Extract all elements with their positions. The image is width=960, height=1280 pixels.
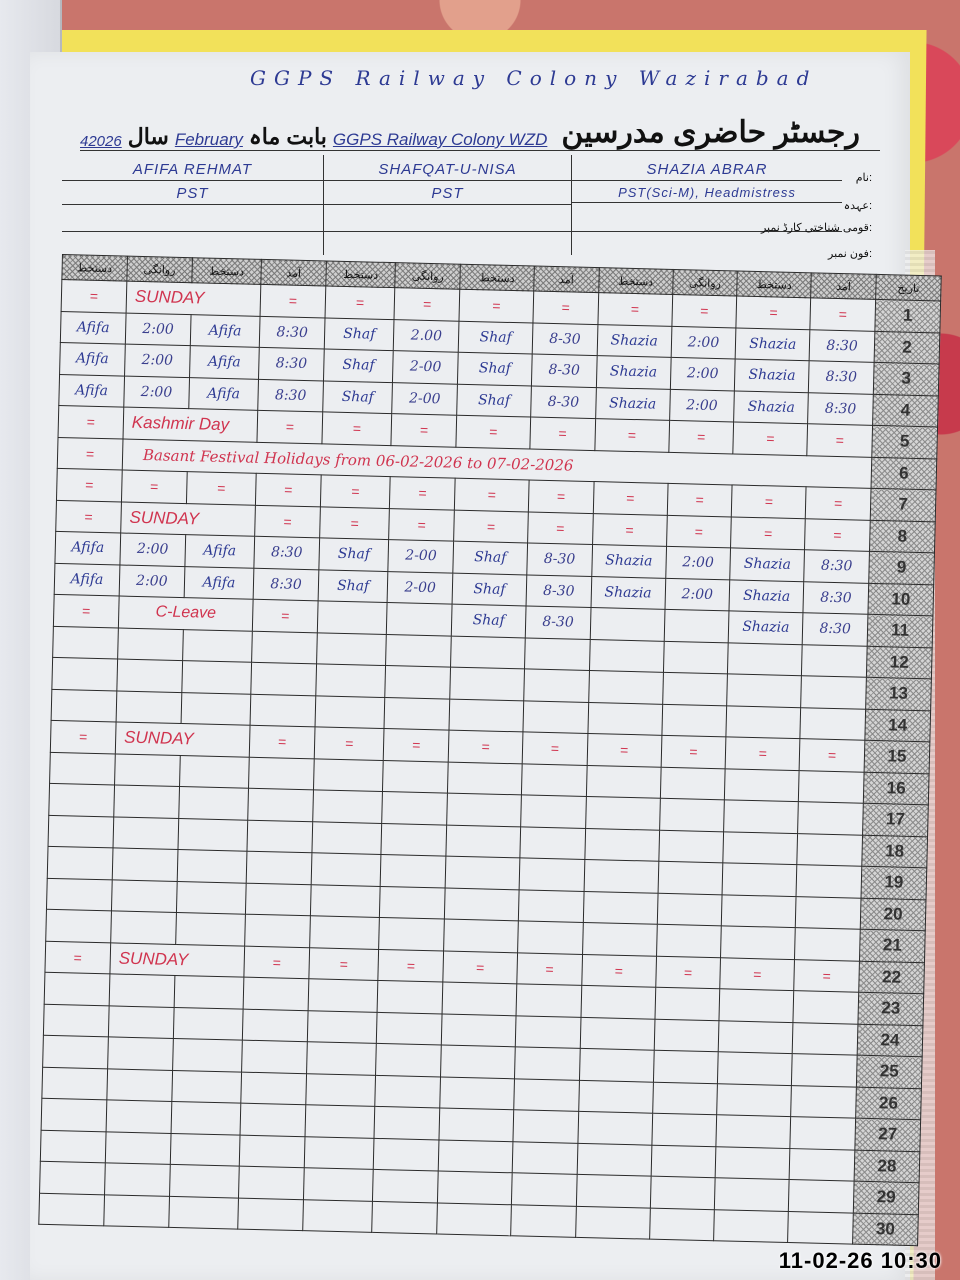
empty-cell xyxy=(117,659,183,692)
ditto-mark: = xyxy=(533,291,599,324)
date-cell: 16 xyxy=(863,772,929,805)
ditto-mark: = xyxy=(582,954,656,987)
empty-cell xyxy=(249,757,315,790)
empty-cell xyxy=(178,818,248,851)
ditto-mark: = xyxy=(53,594,119,627)
phone-label: فون نمبر: xyxy=(828,247,872,260)
signature-cell: Shazia xyxy=(597,324,671,357)
empty-cell xyxy=(718,1052,792,1085)
ditto-mark: = xyxy=(121,470,187,503)
ditto-mark: = xyxy=(593,482,667,515)
empty-cell xyxy=(113,816,179,849)
empty-cell xyxy=(381,823,447,856)
ditto-mark: = xyxy=(517,952,583,985)
time-cell: 8:30 xyxy=(259,316,325,349)
empty-cell xyxy=(655,987,721,1020)
date-cell: 24 xyxy=(857,1024,923,1057)
empty-cell xyxy=(384,697,450,730)
empty-cell xyxy=(451,636,525,669)
signature-cell: Shazia xyxy=(595,387,669,420)
empty-cell xyxy=(520,826,586,859)
empty-cell xyxy=(521,763,587,796)
empty-cell xyxy=(657,893,723,926)
signature-cell: Shazia xyxy=(730,548,804,581)
ditto-mark: = xyxy=(807,424,873,457)
empty-cell xyxy=(174,975,244,1008)
signature-cell xyxy=(317,601,387,634)
signature-cell: Afifa xyxy=(184,566,254,599)
signature-cell: Shaf xyxy=(457,384,531,417)
time-cell: 2:00 xyxy=(669,389,735,422)
ditto-mark: = xyxy=(595,419,669,452)
ditto-mark: = xyxy=(58,405,124,438)
empty-cell xyxy=(108,1005,174,1038)
time-cell xyxy=(387,603,453,636)
empty-cell xyxy=(313,790,383,823)
register-title: رجسٹر حاضری مدرسین xyxy=(561,115,860,150)
ditto-mark: = xyxy=(668,420,734,453)
empty-cell xyxy=(519,858,585,891)
ditto-mark: = xyxy=(528,511,594,544)
ditto-mark: = xyxy=(378,949,444,982)
empty-cell xyxy=(789,1148,855,1181)
ditto-mark: = xyxy=(592,513,666,546)
empty-cell xyxy=(372,1201,438,1234)
time-cell: 8-30 xyxy=(525,606,591,639)
empty-cell xyxy=(440,1076,514,1109)
empty-cell xyxy=(580,1017,654,1050)
empty-cell xyxy=(524,669,590,702)
date-cell: 2 xyxy=(874,331,940,364)
ditto-mark: = xyxy=(384,729,450,762)
ditto-mark: = xyxy=(391,414,457,447)
empty-cell xyxy=(44,972,110,1005)
ditto-mark: = xyxy=(56,500,122,533)
ditto-mark: = xyxy=(256,473,322,506)
ditto-mark: = xyxy=(530,417,596,450)
empty-cell xyxy=(442,982,516,1015)
ditto-mark: = xyxy=(390,477,456,510)
empty-cell xyxy=(721,926,795,959)
empty-cell xyxy=(798,802,864,835)
date-cell: 28 xyxy=(854,1150,920,1183)
empty-cell xyxy=(438,1171,512,1204)
empty-cell xyxy=(311,853,381,886)
signature-cell: Shaf xyxy=(458,321,532,354)
time-cell: 8-30 xyxy=(531,354,597,387)
ditto-mark: = xyxy=(667,483,733,516)
date-cell: 12 xyxy=(866,646,932,679)
empty-cell xyxy=(447,793,521,826)
empty-cell xyxy=(450,667,524,700)
teacher-designation: PST xyxy=(324,185,571,205)
empty-cell xyxy=(173,1007,243,1040)
empty-cell xyxy=(514,1047,580,1080)
cnic-label: قومی شناختی کارڈ نمبر: xyxy=(761,221,872,234)
empty-cell xyxy=(449,699,523,732)
empty-cell xyxy=(179,787,249,820)
empty-cell xyxy=(169,1164,239,1197)
ditto-mark: = xyxy=(799,739,865,772)
date-cell: 19 xyxy=(861,866,927,899)
teacher-name: AFIFA REHMAT xyxy=(62,161,323,181)
time-cell: 8:30 xyxy=(258,379,324,412)
empty-cell xyxy=(245,914,311,947)
time-cell: 8:30 xyxy=(804,550,870,583)
empty-cell xyxy=(247,820,313,853)
date-cell: 30 xyxy=(853,1213,919,1246)
date-cell: 13 xyxy=(866,677,932,710)
empty-cell xyxy=(795,896,861,929)
time-cell: 2:00 xyxy=(671,326,737,359)
empty-cell xyxy=(47,846,113,879)
ditto-mark: = xyxy=(244,946,310,979)
col-signature: دستخط xyxy=(192,258,262,285)
empty-cell xyxy=(589,671,663,704)
empty-cell xyxy=(511,1173,577,1206)
empty-cell xyxy=(659,798,725,831)
signature-cell: Shazia xyxy=(592,545,666,578)
empty-cell xyxy=(577,1143,651,1176)
signature-cell: Shaf xyxy=(452,604,526,637)
empty-cell xyxy=(662,672,728,705)
signature-cell: Shaf xyxy=(318,569,388,602)
empty-cell xyxy=(48,815,114,848)
teacher-designation: PST(Sci-M), Headmistress xyxy=(572,185,842,203)
signature-cell: Afifa xyxy=(60,311,126,344)
empty-cell xyxy=(446,825,520,858)
date-cell: 9 xyxy=(869,551,935,584)
ditto-mark: = xyxy=(805,518,871,551)
ditto-mark: = xyxy=(455,478,529,511)
empty-cell xyxy=(374,1106,440,1139)
month-label: بابت ماہ xyxy=(249,124,327,150)
empty-cell xyxy=(650,1176,716,1209)
empty-cell xyxy=(651,1113,717,1146)
cnic-line xyxy=(62,231,323,232)
empty-cell xyxy=(579,1048,653,1081)
empty-cell xyxy=(791,1085,857,1118)
time-cell: 2:00 xyxy=(665,546,731,579)
time-cell: 2:00 xyxy=(665,578,731,611)
empty-cell xyxy=(303,1199,373,1232)
empty-cell xyxy=(521,795,587,828)
ditto-mark: = xyxy=(454,510,528,543)
date-cell: 10 xyxy=(868,583,934,616)
signature-cell: Shaf xyxy=(319,538,389,571)
ditto-mark: = xyxy=(186,472,256,505)
empty-cell xyxy=(181,692,251,725)
empty-cell xyxy=(46,878,112,911)
ditto-mark: = xyxy=(726,737,800,770)
empty-cell xyxy=(797,833,863,866)
time-cell: 8-30 xyxy=(527,543,593,576)
teacher-info: AFIFA REHMAT PST SHAFQAT-U-NISA PST SHAZ… xyxy=(62,155,872,255)
empty-cell xyxy=(243,977,309,1010)
empty-cell xyxy=(582,922,656,955)
ditto-mark: = xyxy=(736,296,810,329)
col-date: تاریخ xyxy=(876,274,942,301)
teacher-name: SHAFQAT-U-NISA xyxy=(324,161,571,181)
empty-cell xyxy=(252,631,318,664)
empty-cell xyxy=(725,768,799,801)
signature-cell: Shazia xyxy=(729,611,803,644)
ditto-mark: = xyxy=(260,284,326,317)
holiday-note: SUNDAY xyxy=(121,502,256,537)
ditto-mark: = xyxy=(731,516,805,549)
empty-cell xyxy=(307,1042,377,1075)
empty-cell xyxy=(49,783,115,816)
signature-cell: Afifa xyxy=(189,346,259,379)
empty-cell xyxy=(310,884,380,917)
empty-cell xyxy=(444,919,518,952)
empty-cell xyxy=(583,891,657,924)
empty-cell xyxy=(107,1068,173,1101)
signature-cell: Shazia xyxy=(596,356,670,389)
empty-cell xyxy=(792,1054,858,1087)
ditto-mark: = xyxy=(733,422,807,455)
time-cell: 2.00 xyxy=(394,319,460,352)
empty-cell xyxy=(386,634,452,667)
empty-cell xyxy=(380,854,446,887)
ditto-mark: = xyxy=(314,727,384,760)
signature-cell: Shaf xyxy=(323,380,393,413)
signature-cell: Shazia xyxy=(729,579,803,612)
time-cell: 8:30 xyxy=(808,392,874,425)
empty-cell xyxy=(312,821,382,854)
signature-cell: Afifa xyxy=(54,563,120,596)
empty-cell xyxy=(108,1037,174,1070)
ditto-mark: = xyxy=(325,286,395,319)
empty-cell xyxy=(728,642,802,675)
empty-cell xyxy=(585,796,659,829)
holiday-note: SUNDAY xyxy=(110,942,245,977)
empty-cell xyxy=(800,707,866,740)
empty-cell xyxy=(445,856,519,889)
empty-cell xyxy=(576,1174,650,1207)
ditto-mark: = xyxy=(720,957,794,990)
time-cell: 2:00 xyxy=(119,565,185,598)
empty-cell xyxy=(182,661,252,694)
empty-cell xyxy=(179,755,249,788)
empty-cell xyxy=(517,921,583,954)
empty-cell xyxy=(376,1043,442,1076)
empty-cell xyxy=(802,644,868,677)
date-cell: 7 xyxy=(870,488,936,521)
empty-cell xyxy=(660,767,726,800)
empty-cell xyxy=(310,916,380,949)
empty-cell xyxy=(512,1141,578,1174)
empty-cell xyxy=(248,788,314,821)
col-departure: روانگی xyxy=(395,263,460,290)
empty-cell xyxy=(118,627,184,660)
date-cell: 5 xyxy=(872,425,938,458)
empty-cell xyxy=(441,1045,515,1078)
time-cell: 8-30 xyxy=(531,386,597,419)
empty-cell xyxy=(724,800,798,833)
holiday-note: Kashmir Day xyxy=(123,407,258,442)
empty-cell xyxy=(176,881,246,914)
ditto-mark: = xyxy=(598,293,672,326)
empty-cell xyxy=(723,831,797,864)
date-cell: 25 xyxy=(856,1055,922,1088)
time-cell: 2:00 xyxy=(125,313,191,346)
empty-cell xyxy=(250,694,316,727)
year-value: 42026 xyxy=(80,133,122,150)
empty-cell xyxy=(242,1040,308,1073)
empty-cell xyxy=(513,1110,579,1143)
ditto-mark: = xyxy=(322,412,392,445)
signature-cell: Shazia xyxy=(591,576,665,609)
empty-cell xyxy=(651,1145,717,1178)
empty-cell xyxy=(52,657,118,690)
ditto-mark: = xyxy=(249,725,315,758)
empty-cell xyxy=(111,879,177,912)
empty-cell xyxy=(524,637,590,670)
empty-cell xyxy=(170,1133,240,1166)
empty-cell xyxy=(656,924,722,957)
empty-cell xyxy=(50,752,116,785)
empty-cell xyxy=(727,674,801,707)
date-cell: 26 xyxy=(856,1087,922,1120)
col-signature: دستخط xyxy=(460,264,534,291)
empty-cell xyxy=(172,1070,242,1103)
empty-cell xyxy=(439,1108,513,1141)
empty-cell xyxy=(169,1196,239,1229)
empty-cell xyxy=(584,859,658,892)
empty-cell xyxy=(382,791,448,824)
date-cell: 18 xyxy=(862,835,928,868)
designation-label: عہدہ: xyxy=(844,199,872,212)
teacher-designation: PST xyxy=(62,185,323,205)
time-cell: 8:30 xyxy=(808,361,874,394)
ditto-mark: = xyxy=(655,956,721,989)
empty-cell xyxy=(575,1206,649,1239)
ditto-mark: = xyxy=(389,508,455,541)
col-signature: دستخط xyxy=(599,268,673,295)
time-cell xyxy=(664,609,730,642)
empty-cell xyxy=(585,828,659,861)
time-cell: 8:30 xyxy=(809,329,875,362)
signature-cell: Shazia xyxy=(735,359,809,392)
empty-cell xyxy=(109,974,175,1007)
empty-cell xyxy=(375,1075,441,1108)
ditto-mark: = xyxy=(805,487,871,520)
empty-cell xyxy=(719,1020,793,1053)
empty-cell xyxy=(53,626,119,659)
empty-cell xyxy=(106,1100,172,1133)
ditto-mark: = xyxy=(666,515,732,548)
date-cell: 8 xyxy=(870,520,936,553)
signature-cell: Afifa xyxy=(185,535,255,568)
ditto-mark: = xyxy=(528,480,594,513)
ditto-mark: = xyxy=(794,959,860,992)
empty-cell xyxy=(40,1130,106,1163)
ditto-mark: = xyxy=(459,289,533,322)
empty-cell xyxy=(111,911,177,944)
empty-cell xyxy=(315,695,385,728)
ditto-mark: = xyxy=(257,410,323,443)
empty-cell xyxy=(649,1208,715,1241)
empty-cell xyxy=(241,1072,307,1105)
empty-cell xyxy=(104,1163,170,1196)
empty-cell xyxy=(51,689,117,722)
ditto-mark: = xyxy=(320,475,390,508)
holiday-note: SUNDAY xyxy=(115,722,250,757)
ditto-mark: = xyxy=(522,732,588,765)
teacher-info-shafqat: SHAFQAT-U-NISA PST xyxy=(324,155,572,255)
date-cell: 22 xyxy=(859,961,925,994)
empty-cell xyxy=(658,861,724,894)
empty-cell xyxy=(42,1067,108,1100)
empty-cell xyxy=(307,1010,377,1043)
photo-timestamp: 11-02-26 10:30 xyxy=(779,1248,942,1274)
empty-cell xyxy=(442,1014,516,1047)
date-cell: 6 xyxy=(871,457,937,490)
ditto-mark: = xyxy=(252,599,318,632)
signature-cell: Shaf xyxy=(324,349,394,382)
empty-cell xyxy=(445,888,519,921)
empty-cell xyxy=(306,1073,376,1106)
empty-cell xyxy=(374,1138,440,1171)
time-cell: 8:30 xyxy=(803,581,869,614)
empty-cell xyxy=(717,1083,791,1116)
empty-cell xyxy=(43,1004,109,1037)
signature-cell: Afifa xyxy=(60,342,126,375)
ditto-mark: = xyxy=(45,941,111,974)
teacher-info-shazia: SHAZIA ABRAR PST(Sci-M), Headmistress xyxy=(572,155,842,255)
col-signature: دستخط xyxy=(326,261,396,288)
empty-cell xyxy=(385,666,451,699)
ditto-mark: = xyxy=(671,294,737,327)
empty-cell xyxy=(46,909,112,942)
leave-note: C-Leave xyxy=(118,596,253,631)
empty-cell xyxy=(437,1202,511,1235)
empty-cell xyxy=(380,886,446,919)
empty-cell xyxy=(246,883,312,916)
col-signature: دستخط xyxy=(62,255,127,282)
empty-cell xyxy=(523,700,589,733)
empty-cell xyxy=(722,863,796,896)
signature-cell: Shazia xyxy=(736,327,810,360)
time-cell: 2-00 xyxy=(387,571,453,604)
empty-cell xyxy=(716,1115,790,1148)
ditto-mark: = xyxy=(309,947,379,980)
empty-cell xyxy=(798,770,864,803)
empty-cell xyxy=(448,762,522,795)
ditto-mark: = xyxy=(57,437,123,470)
empty-cell xyxy=(313,758,383,791)
signature-cell: Shaf xyxy=(453,541,527,574)
signature-cell: Shaf xyxy=(452,573,526,606)
ditto-mark: = xyxy=(255,505,321,538)
date-cell: 20 xyxy=(860,898,926,931)
month-value: February xyxy=(175,130,243,150)
empty-cell xyxy=(114,753,180,786)
empty-cell xyxy=(726,705,800,738)
ditto-mark: = xyxy=(661,735,727,768)
empty-cell xyxy=(104,1194,170,1227)
empty-cell xyxy=(658,830,724,863)
ditto-mark: = xyxy=(320,506,390,539)
ditto-mark: = xyxy=(810,298,876,331)
empty-cell xyxy=(304,1136,374,1169)
empty-cell xyxy=(114,785,180,818)
date-cell: 1 xyxy=(875,299,941,332)
empty-cell xyxy=(379,917,445,950)
empty-cell xyxy=(788,1180,854,1213)
time-cell: 8-30 xyxy=(526,574,592,607)
